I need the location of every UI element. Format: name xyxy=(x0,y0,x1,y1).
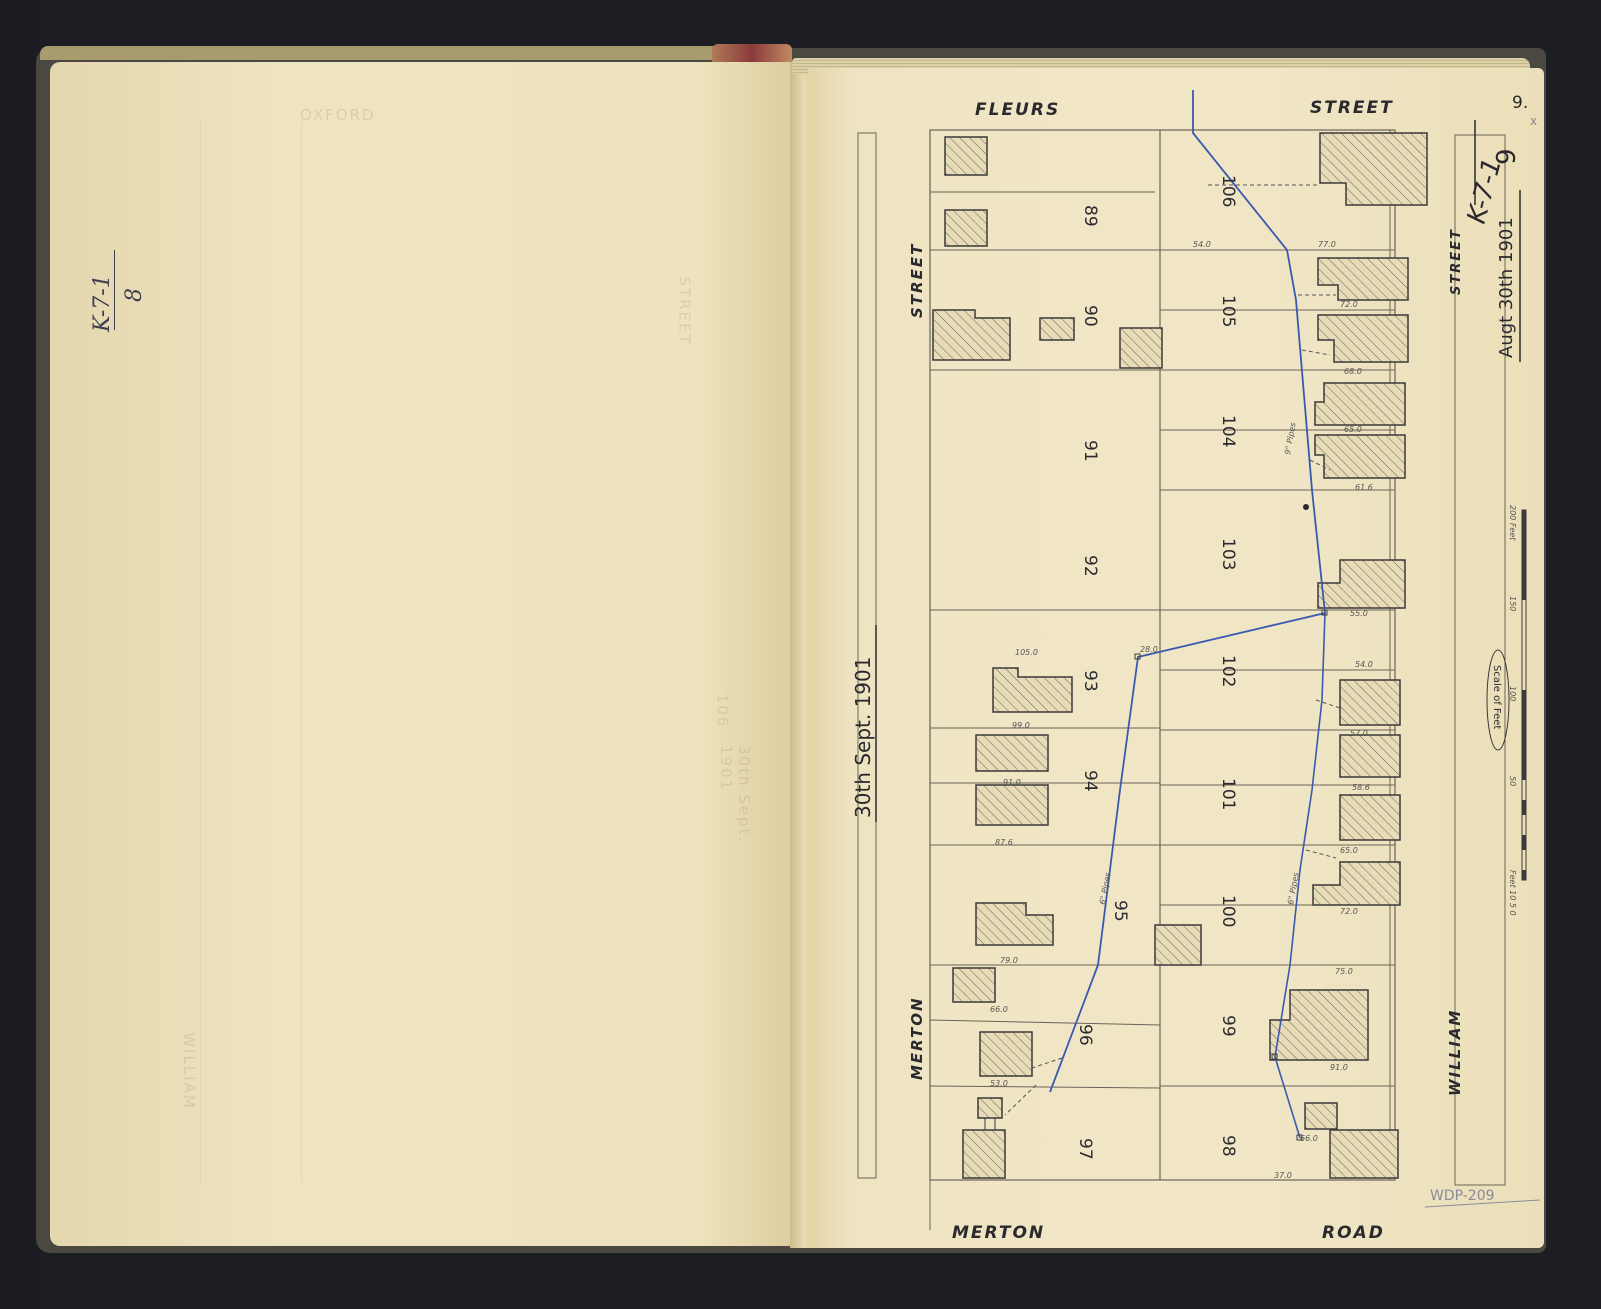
dimension-label: 54.0 xyxy=(1355,660,1373,669)
lot-number: 92 xyxy=(1080,555,1100,577)
scale-tick: Feet 10 5 0 xyxy=(1508,870,1517,916)
dimension-label: 72.0 xyxy=(1340,907,1358,916)
lot-number: 99 xyxy=(1218,1015,1238,1037)
ghost-map-outline xyxy=(200,122,302,1182)
scale-tick: 150 xyxy=(1508,596,1517,611)
ref-numerator: K-7-1 xyxy=(90,274,115,332)
dimension-label: 65.0 xyxy=(1340,846,1358,855)
page-number: 9. xyxy=(1512,93,1528,113)
ref-denominator: 8 xyxy=(122,288,147,302)
ghost-text: STREET xyxy=(676,276,694,345)
scale-tick: 50 xyxy=(1508,776,1517,786)
dimension-label: 75.0 xyxy=(1335,967,1353,976)
date-sept: 30th Sept. 1901 xyxy=(851,657,875,818)
right-page: FLEURS STREET STREET MERTON MERTON ROAD … xyxy=(808,68,1544,1248)
handwritten-reference: K-7-1 8 xyxy=(90,242,170,352)
lot-number: 102 xyxy=(1218,655,1238,687)
lot-number: 96 xyxy=(1075,1024,1095,1046)
lot-number: 104 xyxy=(1218,415,1238,447)
street-label-merton-bottom: MERTON xyxy=(952,1223,1045,1243)
dimension-label: 53.0 xyxy=(990,1079,1008,1088)
street-label-street-left: STREET xyxy=(908,243,926,318)
scale-tick: 200 Feet xyxy=(1508,505,1517,541)
cover-edge xyxy=(40,46,770,60)
sheet-ref-denominator: 9 xyxy=(1492,148,1522,165)
dimension-label: 57.0 xyxy=(1350,729,1368,738)
lot-number: 93 xyxy=(1080,670,1100,692)
dimension-label: 28.0 xyxy=(1140,645,1158,654)
lot-number: 91 xyxy=(1080,440,1100,462)
dimension-label: 91.0 xyxy=(1003,778,1021,787)
lot-number: 95 xyxy=(1110,900,1130,922)
lot-number: 89 xyxy=(1080,205,1100,227)
background xyxy=(0,0,40,1309)
lot-number: 105 xyxy=(1218,295,1238,327)
dimension-label: 66.0 xyxy=(1300,1134,1318,1143)
dimension-label: 79.0 xyxy=(1000,956,1018,965)
dimension-label: 68.0 xyxy=(1344,367,1362,376)
ghost-text: 30th Sept. 1901 xyxy=(717,745,753,895)
street-label-fleurs: FLEURS xyxy=(975,100,1060,120)
drainage-plan-map: FLEURS STREET STREET MERTON MERTON ROAD … xyxy=(808,68,1544,1248)
scale-bar: 200 Feet 150 100 50 Feet 10 5 0 Scale of… xyxy=(1487,505,1526,916)
street-label-road-bottom: ROAD xyxy=(1322,1223,1385,1243)
fraction-bar xyxy=(114,250,115,330)
ghost-text: OXFORD xyxy=(300,106,376,124)
lot-number: 103 xyxy=(1218,538,1238,570)
lot-number: 106 xyxy=(1218,175,1238,207)
dimension-label: 87.6 xyxy=(995,838,1013,847)
dimension-label: 72.0 xyxy=(1340,300,1358,309)
dimension-label: 99.0 xyxy=(1012,721,1030,730)
lot-number: 100 xyxy=(1218,895,1238,927)
dimension-label: 91.0 xyxy=(1330,1063,1348,1072)
ghost-text: 106 xyxy=(713,694,731,729)
left-margin-frame xyxy=(858,133,876,1178)
buildings-left xyxy=(933,137,1201,1178)
dimension-label: 37.0 xyxy=(1274,1171,1292,1180)
street-label-merton-left: MERTON xyxy=(908,996,926,1080)
lot-number: 101 xyxy=(1218,778,1238,810)
dimension-label: 105.0 xyxy=(1015,648,1038,657)
corner-mark: x xyxy=(1530,114,1537,128)
archive-reference: WDP-209 xyxy=(1430,1188,1495,1204)
lot-number: 90 xyxy=(1080,305,1100,327)
dimension-label: 55.0 xyxy=(1350,609,1368,618)
dimension-label: 77.0 xyxy=(1318,240,1336,249)
lot-number: 97 xyxy=(1075,1138,1095,1160)
dimension-label: 65.0 xyxy=(1344,425,1362,434)
left-page: OXFORD 106 30th Sept. 1901 STREET WILLIA… xyxy=(50,62,810,1246)
dimension-label: 66.0 xyxy=(990,1005,1008,1014)
street-label-street-right: STREET xyxy=(1449,228,1464,295)
dimension-label: 58.6 xyxy=(1352,783,1370,792)
dimension-label: 61.6 xyxy=(1355,483,1373,492)
dimension-label: 54.0 xyxy=(1193,240,1211,249)
street-label-william: WILLIAM xyxy=(1446,1009,1464,1096)
street-label-street-top: STREET xyxy=(1310,98,1394,118)
date-aug: Augt 30th 1901 xyxy=(1496,217,1517,358)
scale-title: Scale of Feet xyxy=(1491,665,1502,729)
ghost-text: WILLIAM xyxy=(180,1032,198,1110)
lot-number: 94 xyxy=(1080,770,1100,792)
pipe-label: 9" Pipes xyxy=(1283,422,1298,456)
lot-number: 98 xyxy=(1218,1135,1238,1157)
